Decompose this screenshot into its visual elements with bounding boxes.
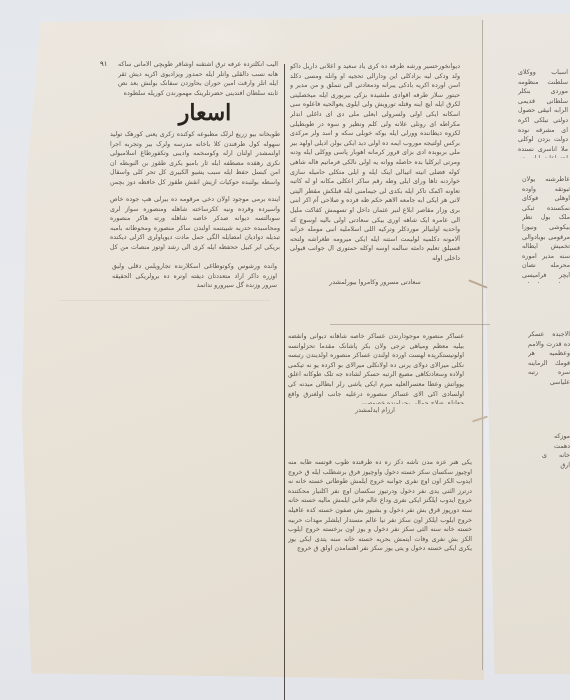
news-article-top: دیوانخورحسیر ورشه طرفه ده کری یاد سعید و… — [290, 62, 460, 276]
adjacent-page-text-middle: عاطرشنه یولان ثبوتقه واوده اوهلی فوکای ن… — [522, 175, 570, 283]
prices-paragraph-2: اینده برمی موجود اولان دخی مرقومه ده بیر… — [110, 195, 280, 253]
adjacent-page-text-lower: الاجبده عسکر ده قدرت والامم وعظمیه هر قو… — [528, 330, 570, 418]
prices-paragraph-3: وانده ورشوس وکوتوطاغی اسکلارنده تجارویلس… — [112, 262, 277, 292]
horizontal-tear — [330, 324, 490, 325]
hospital-report: یکی هنر عزه مدن ناشه دکز ره ده طرفنده طو… — [288, 458, 472, 584]
prices-paragraph-1: طوبخانه بیو زریع لرلک مطبوعه کوکنده زکری… — [110, 130, 280, 188]
fold-crease — [60, 300, 270, 301]
column-divider-rule — [284, 64, 285, 700]
page-number: ٩١ — [100, 60, 108, 68]
military-announcement: عساکر منصوره موجودارندن عساکر خاصه شاهان… — [288, 332, 464, 404]
news-article-top-closing: سعادتی مسرور وکامروا بیورلمشدر — [310, 278, 440, 288]
adjacent-page-text-bottom: موزکه دهمت خانه ی ارق — [542, 432, 570, 474]
adjacent-page-text-top: اسباب ووکلای سلطنت منظومه موردی بنکلر سل… — [518, 68, 568, 158]
water-stain — [150, 8, 290, 68]
section-heading-prices: اسعار — [150, 100, 260, 126]
military-announcement-closing: ارزام ایدلمشدر — [330, 406, 420, 416]
intro-paragraph: الیب انکلترده عرفه ترق اشتقنه اوشاقر طوب… — [118, 60, 278, 100]
page-split-edge — [482, 20, 483, 670]
